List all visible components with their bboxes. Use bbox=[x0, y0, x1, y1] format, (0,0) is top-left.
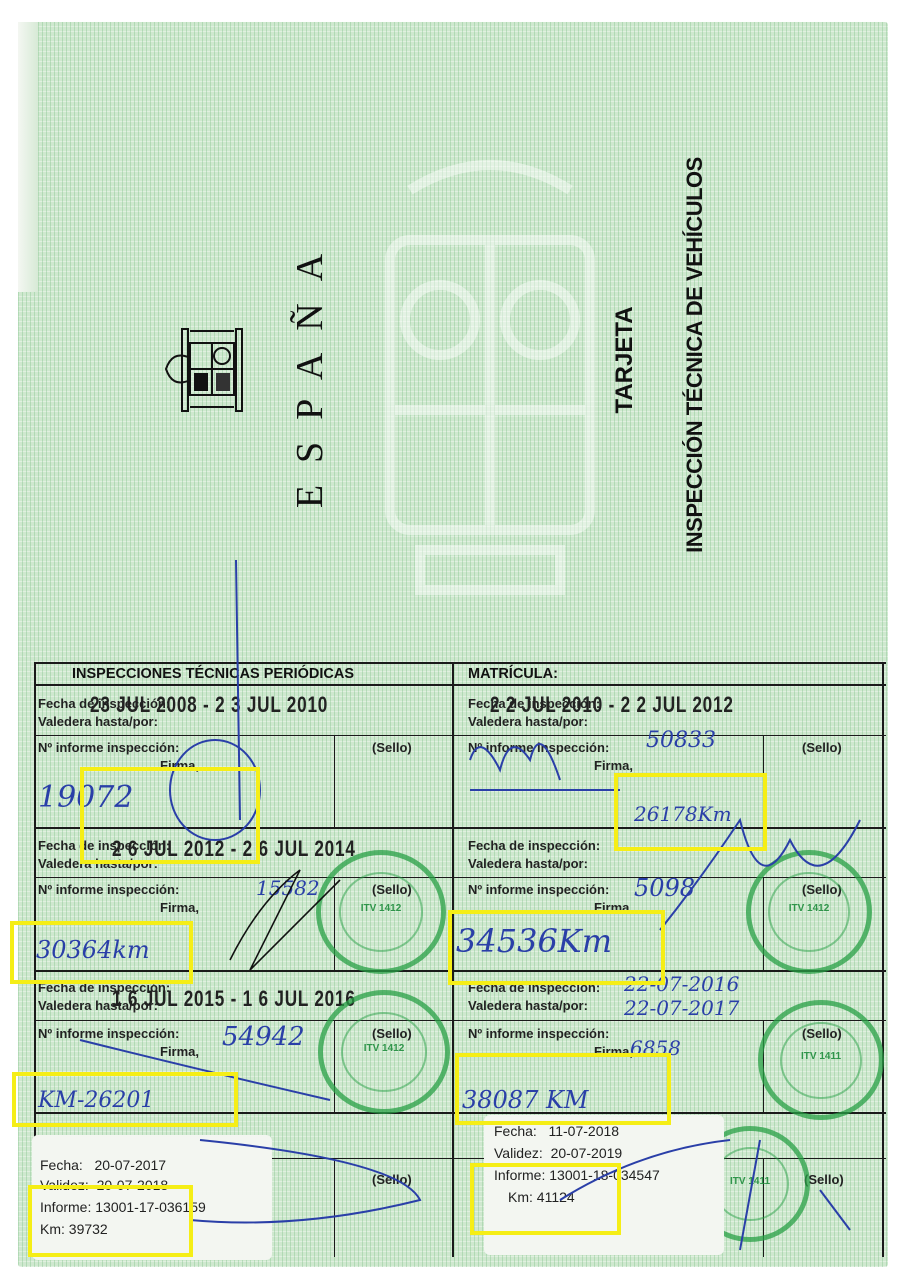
highlight-box bbox=[10, 921, 193, 984]
card-title: TARJETA INSPECCIÓN TÉCNICA DE VEHÍCULOS bbox=[595, 130, 735, 590]
sticker-label: Validez: bbox=[494, 1145, 543, 1161]
label-informe: Nº informe inspección: bbox=[468, 1026, 609, 1041]
spain-coat-of-arms-icon bbox=[160, 325, 250, 415]
date-stamp: 2 2 JUL 2010 - 2 2 JUL 2012 bbox=[490, 692, 734, 718]
label-informe: Nº informe inspección: bbox=[38, 882, 179, 897]
sticker-label: Fecha: bbox=[494, 1123, 537, 1139]
highlight-box bbox=[28, 1185, 193, 1257]
itv-seal: ITV 1412 bbox=[746, 850, 872, 974]
label-sello: (Sello) bbox=[372, 1172, 412, 1187]
title-tarjeta: TARJETA bbox=[611, 306, 639, 413]
country-text: ESPAÑA bbox=[288, 232, 332, 508]
label-informe: Nº informe inspección: bbox=[38, 1026, 179, 1041]
itv-seal: ITV 1411 bbox=[758, 1000, 884, 1120]
label-fecha: Fecha de inspección: bbox=[468, 838, 600, 853]
report-number: 50833 bbox=[646, 728, 716, 753]
date-stamp: 23 JUL 2008 - 2 3 JUL 2010 bbox=[90, 692, 328, 718]
itv-seal: ITV 1412 bbox=[318, 990, 450, 1114]
label-firma: Firma, bbox=[160, 900, 199, 915]
highlight-box bbox=[455, 1053, 671, 1125]
label-informe: Nº informe inspección: bbox=[468, 882, 609, 897]
sticker-fecha: 11-07-2018 bbox=[548, 1123, 619, 1139]
torn-edge bbox=[18, 22, 38, 292]
highlight-box bbox=[448, 910, 665, 985]
coat-of-arms-watermark bbox=[330, 150, 630, 620]
label-valedera: Valedera hasta/por: bbox=[468, 998, 588, 1013]
highlight-box bbox=[12, 1072, 238, 1127]
section-header-matricula: MATRÍCULA: bbox=[468, 666, 558, 682]
label-firma: Firma, bbox=[594, 758, 633, 773]
highlight-box bbox=[80, 767, 260, 864]
sticker-label: Fecha: bbox=[40, 1157, 83, 1173]
label-valedera: Valedera hasta/por: bbox=[468, 856, 588, 871]
sticker-fecha: 20-07-2017 bbox=[94, 1157, 166, 1173]
label-informe: Nº informe inspección: bbox=[38, 740, 179, 755]
itv-seal: ITV 1412 bbox=[316, 850, 446, 974]
valedera-handwritten: 22-07-2017 bbox=[624, 996, 739, 1020]
sticker-validez: 20-07-2019 bbox=[551, 1145, 623, 1161]
report-number: 15582 bbox=[256, 876, 320, 900]
title-itv: INSPECCIÓN TÉCNICA DE VEHÍCULOS bbox=[682, 157, 708, 553]
label-sello: (Sello) bbox=[372, 740, 412, 755]
section-header-periodicas: INSPECCIONES TÉCNICAS PERIÓDICAS bbox=[72, 666, 354, 682]
highlight-box bbox=[614, 773, 767, 851]
date-stamp: 1 6 JUL 2015 - 1 6 JUL 2016 bbox=[112, 986, 356, 1012]
highlight-box bbox=[470, 1163, 621, 1235]
country-name: ESPAÑA bbox=[250, 220, 370, 520]
label-informe: Nº informe inspección: bbox=[468, 740, 609, 755]
label-firma: Firma, bbox=[160, 1044, 199, 1059]
report-number: 5098 bbox=[634, 874, 695, 902]
label-sello: (Sello) bbox=[802, 740, 842, 755]
report-number: 54942 bbox=[222, 1022, 305, 1052]
